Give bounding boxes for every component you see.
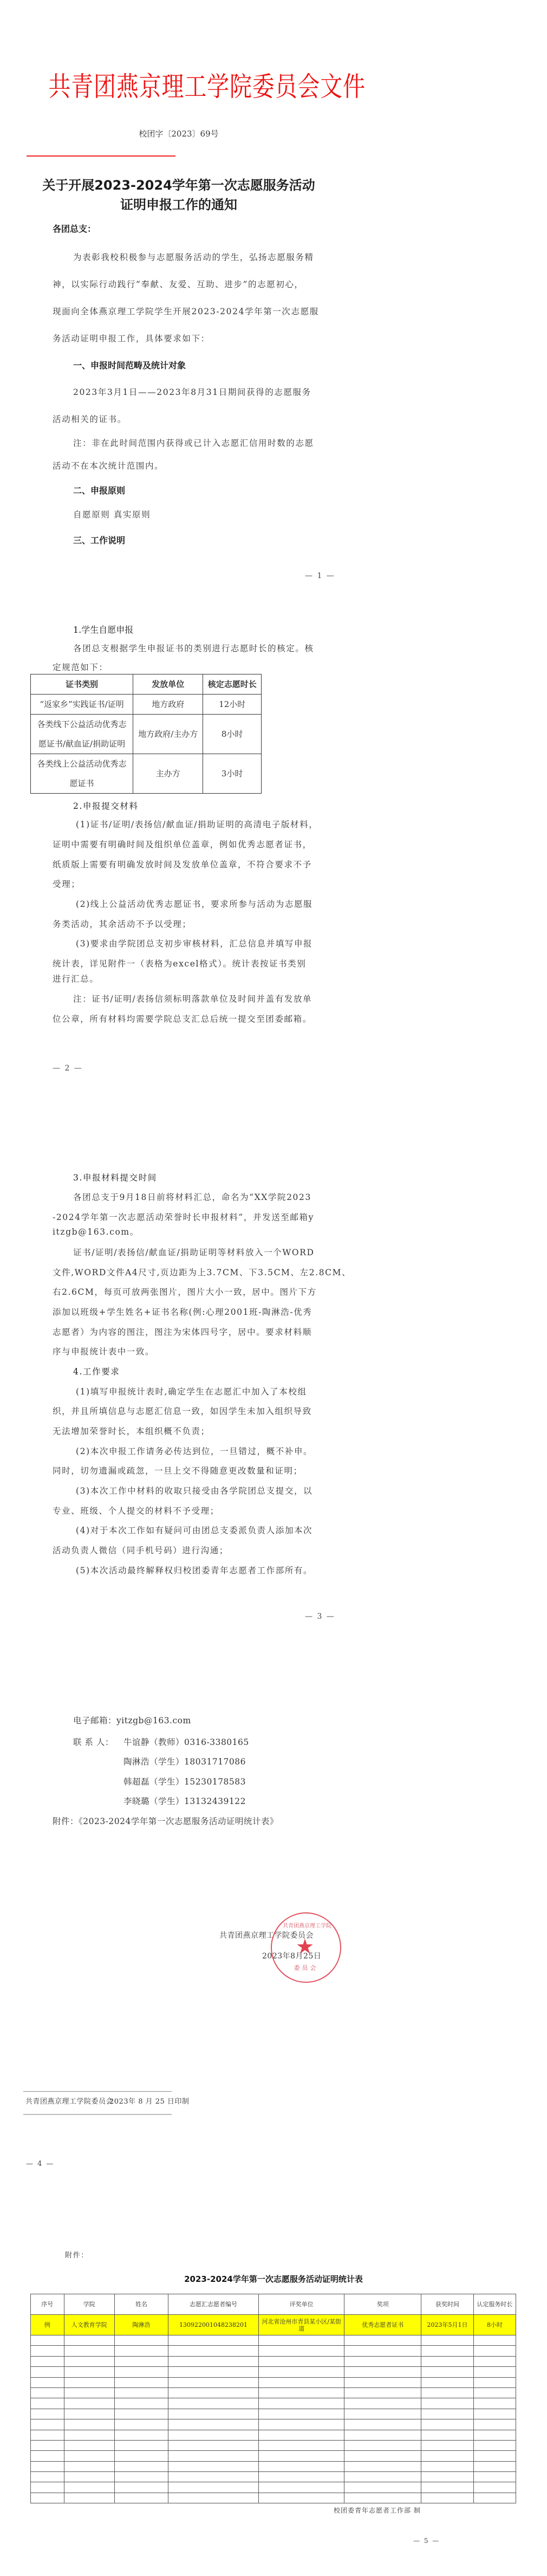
seal-ring-text: 共青团燕京理工学院 [279, 1921, 335, 1929]
empty-cell[interactable] [64, 2451, 114, 2461]
empty-cell[interactable] [473, 2335, 516, 2346]
empty-cell[interactable] [421, 2493, 474, 2503]
empty-cell[interactable] [115, 2335, 168, 2346]
email-address[interactable]: yitzgb@163.com [116, 1716, 191, 1725]
sub1-heading: 1.学生自愿申报 [73, 623, 133, 635]
table-row [31, 2398, 516, 2409]
empty-cell[interactable] [64, 2335, 114, 2346]
official-seal: 共青团燕京理工学院 ★ 委员会 [271, 1912, 341, 1983]
empty-cell[interactable] [31, 2440, 64, 2450]
cell-category-line: 各类线上公益活动优秀志 [33, 754, 131, 774]
table-row [31, 2451, 516, 2461]
empty-cell[interactable] [64, 2493, 114, 2503]
sub3-line: itzgb@163.com。 [53, 1225, 139, 1237]
empty-cell[interactable] [473, 2493, 516, 2503]
table-header-row: 序号 学院 姓名 志愿汇志愿者编号 评奖单位 奖项 获奖时间 认定服务时长 [31, 2294, 516, 2315]
empty-cell[interactable] [115, 2377, 168, 2387]
contact-item: 牛谊静（教师）0316-3380165 [123, 1736, 249, 1748]
seal-bottom-text: 委员会 [272, 1963, 340, 1972]
empty-cell[interactable] [473, 2409, 516, 2419]
sub4-item3-line: (3)本次工作中材料的收取只接受由各学院团总支提交，以 [76, 1484, 312, 1496]
empty-cell[interactable] [168, 2377, 258, 2387]
header-service-hours: 认定服务时长 [473, 2294, 516, 2315]
empty-cell[interactable] [421, 2346, 474, 2356]
sub2-item2-line: 务类活动，其余活动不予以受理； [53, 918, 192, 930]
sub3-format-line: 序与申报统计表中一致。 [53, 1345, 154, 1357]
empty-cell[interactable] [344, 2482, 421, 2493]
table-row [31, 2387, 516, 2398]
empty-cell[interactable] [31, 2377, 64, 2387]
header-award: 奖项 [344, 2294, 421, 2315]
empty-cell[interactable] [168, 2387, 258, 2398]
sub2-item3-line: 进行汇总。 [53, 972, 99, 984]
cell-category-line: 愿证书 [33, 774, 131, 793]
sub4-item1-line: 织，并且所填信息与志愿汇信息一致，如因学生未加入组织导致 [53, 1405, 312, 1417]
empty-cell[interactable] [259, 2472, 344, 2482]
empty-cell[interactable] [344, 2409, 421, 2419]
footer-divider-bottom [23, 2114, 172, 2115]
contact-phone: 0316-3380165 [184, 1737, 249, 1747]
document-header-title: 共青团燕京理工学院委员会文件 [48, 65, 341, 104]
table-header-row: 证书类别 发放单位 核定志愿时长 [31, 674, 262, 695]
star-icon: ★ [296, 1936, 314, 1957]
empty-cell[interactable] [31, 2346, 64, 2356]
empty-cell[interactable] [168, 2419, 258, 2430]
cell-issuer: 地方政府 [133, 695, 203, 715]
contact-role: （学生） [149, 1796, 184, 1806]
empty-cell[interactable] [168, 2356, 258, 2366]
empty-cell[interactable] [115, 2367, 168, 2377]
empty-cell[interactable] [259, 2419, 344, 2430]
contact-phone: 13132439122 [184, 1796, 246, 1806]
empty-cell[interactable] [344, 2367, 421, 2377]
volunteer-stats-table: 序号 学院 姓名 志愿汇志愿者编号 评奖单位 奖项 获奖时间 认定服务时长 例 … [30, 2294, 516, 2503]
page-number-2: — 2 — [53, 1064, 83, 1073]
salutation: 各团总支： [53, 222, 96, 235]
cell-award: 优秀志愿者证书 [344, 2315, 421, 2335]
empty-cell[interactable] [259, 2430, 344, 2440]
empty-cell[interactable] [344, 2387, 421, 2398]
table-row: “返家乡”实践证书/证明 地方政府 12小时 [31, 695, 262, 715]
contact-phone: 15230178583 [184, 1777, 246, 1787]
empty-cell[interactable] [115, 2430, 168, 2440]
empty-cell[interactable] [344, 2377, 421, 2387]
contact-role: （学生） [149, 1757, 184, 1767]
table-row [31, 2356, 516, 2366]
sub3-line: -2024学年第一次志愿活动荣誉时长申报材料”，并发送至邮箱y [53, 1211, 314, 1223]
header-volunteer-id: 志愿汇志愿者编号 [168, 2294, 258, 2315]
contact-item: 陶淋浩（学生）18031717086 [123, 1755, 246, 1767]
table-row [31, 2377, 516, 2387]
section1-line: 活动相关的证书。 [53, 413, 127, 425]
empty-cell[interactable] [421, 2482, 474, 2493]
empty-cell[interactable] [168, 2430, 258, 2440]
sub4-item5: (5)本次活动最终解释权归校团委青年志愿者工作部所有。 [76, 1564, 312, 1576]
empty-cell[interactable] [31, 2419, 64, 2430]
cell-name: 陶淋浩 [115, 2315, 168, 2335]
cell-hours: 3小时 [203, 754, 262, 794]
empty-cell[interactable] [64, 2461, 114, 2471]
empty-cell[interactable] [421, 2398, 474, 2409]
contact-role: （学生） [149, 1777, 184, 1787]
empty-cell[interactable] [473, 2482, 516, 2493]
header-hours: 核定志愿时长 [203, 674, 262, 695]
sub4-item2-line: 同时，切勿遗漏或疏忽，一旦上交不得随意更改数量和证明； [53, 1464, 303, 1476]
empty-cell[interactable] [115, 2461, 168, 2471]
empty-cell[interactable] [64, 2356, 114, 2366]
document-number: 校团字〔2023〕69号 [0, 128, 357, 139]
empty-cell[interactable] [64, 2409, 114, 2419]
header-category: 证书类别 [31, 674, 133, 695]
empty-cell[interactable] [259, 2356, 344, 2366]
empty-cell[interactable] [115, 2346, 168, 2356]
contact-item: 李晓璐（学生）13132439122 [123, 1795, 246, 1807]
empty-cell[interactable] [473, 2430, 516, 2440]
footer-divider-top [23, 2091, 172, 2092]
table-maker: 校团委青年志愿者工作部 制 [334, 2506, 421, 2515]
header-issuer: 发放单位 [133, 674, 203, 695]
intro-line: 务活动证明申报工作，具体要求如下： [53, 332, 210, 344]
sub2-heading: 2.申报提交材料 [73, 800, 139, 812]
empty-cell[interactable] [473, 2346, 516, 2356]
cell-award-unit: 河北省沧州市青县某小区/某街道 [259, 2315, 344, 2335]
empty-cell[interactable] [473, 2472, 516, 2482]
table-row: 各类线上公益活动优秀志 愿证书 主办方 3小时 [31, 754, 262, 794]
empty-cell[interactable] [344, 2440, 421, 2450]
empty-cell[interactable] [31, 2398, 64, 2409]
sub2-item2-line: (2)线上公益活动优秀志愿证书，要求所参与活动为志愿服 [76, 898, 312, 910]
empty-cell[interactable] [259, 2387, 344, 2398]
empty-cell[interactable] [64, 2377, 114, 2387]
empty-cell[interactable] [421, 2419, 474, 2430]
empty-cell[interactable] [31, 2472, 64, 2482]
empty-cell[interactable] [115, 2398, 168, 2409]
notice-title-line2: 证明申报工作的通知 [0, 194, 357, 213]
empty-cell[interactable] [344, 2461, 421, 2471]
empty-cell[interactable] [115, 2493, 168, 2503]
intro-line: 为表彰我校积极参与志愿服务活动的学生，弘扬志愿服务精 [73, 251, 314, 263]
empty-cell[interactable] [473, 2398, 516, 2409]
cell-issuer: 地方政府/主办方 [133, 715, 203, 754]
empty-cell[interactable] [344, 2430, 421, 2440]
cell-hours: 12小时 [203, 695, 262, 715]
attachment-line: 附件：《2023-2024学年第一次志愿服务活动证明统计表》 [53, 1815, 278, 1827]
sub2-item1-line: 证明中需要有明确时间及组织单位盖章，例如优秀志愿者证书， [53, 838, 312, 850]
empty-cell[interactable] [421, 2430, 474, 2440]
empty-cell[interactable] [344, 2419, 421, 2430]
empty-cell[interactable] [259, 2398, 344, 2409]
section1-line: 2023年3月1日——2023年8月31日期间获得的志愿服务 [73, 386, 311, 398]
empty-cell[interactable] [115, 2440, 168, 2450]
header-index: 序号 [31, 2294, 64, 2315]
sub4-item4-line: (4)对于本次工作如有疑问可由团总支委派负责人添加本次 [76, 1524, 312, 1536]
empty-cell[interactable] [168, 2472, 258, 2482]
empty-cell[interactable] [421, 2472, 474, 2482]
cell-college: 人文教育学院 [64, 2315, 114, 2335]
section3-heading: 三、工作说明 [73, 534, 125, 546]
cell-category: “返家乡”实践证书/证明 [31, 695, 133, 715]
empty-cell[interactable] [64, 2387, 114, 2398]
intro-line: 神，以实际行动践行“奉献、友爱、互助、进步”的志愿初心， [53, 278, 304, 290]
section1-note-line: 活动不在本次统计范围内。 [53, 459, 164, 471]
cell-category-line: 愿证书/献血证/捐助证明 [33, 734, 131, 754]
footer-print-date: 2023年 8 月 25 日印制 [109, 2095, 189, 2106]
empty-cell[interactable] [344, 2493, 421, 2503]
cell-volunteer-id: 130922001048238201 [168, 2315, 258, 2335]
empty-cell[interactable] [344, 2451, 421, 2461]
sub4-item4-line: 活动负责人微信（同手机号码）进行沟通； [53, 1544, 229, 1556]
sub2-item1-line: 纸质版上需要有明确发放时间及发放单位盖章，不符合要求不予 [53, 858, 312, 870]
empty-cell[interactable] [115, 2419, 168, 2430]
cell-category: 各类线上公益活动优秀志 愿证书 [31, 754, 133, 794]
empty-cell[interactable] [64, 2419, 114, 2430]
header-award-date: 获奖时间 [421, 2294, 474, 2315]
empty-cell[interactable] [421, 2451, 474, 2461]
sub2-note-line: 位公章，所有材料均需要学院总支汇总后统一提交至团委邮箱。 [53, 1013, 312, 1024]
page-number-5: — 5 — [413, 2537, 440, 2545]
contact-name: 陶淋浩 [123, 1757, 149, 1767]
sub3-format-line: 添加以班级+学生姓名+证书名称(例:心理2001班-陶淋浩-优秀 [53, 1306, 312, 1318]
notice-title-line1: 关于开展2023-2024学年第一次志愿服务活动 [0, 174, 357, 193]
empty-cell[interactable] [421, 2367, 474, 2377]
empty-cell[interactable] [64, 2440, 114, 2450]
page-number-4: — 4 — [26, 2160, 55, 2168]
sub3-format-line: 志愿者）为内容的图注，图注为宋体四号字，居中。要求材料顺 [53, 1326, 312, 1338]
empty-cell[interactable] [64, 2482, 114, 2493]
empty-cell[interactable] [168, 2346, 258, 2356]
contact-role: （教师） [149, 1737, 184, 1747]
empty-cell[interactable] [31, 2482, 64, 2493]
table-row [31, 2461, 516, 2471]
sub4-heading: 4.工作要求 [73, 1365, 120, 1377]
empty-cell[interactable] [31, 2356, 64, 2366]
empty-cell[interactable] [31, 2409, 64, 2419]
cell-service-hours: 8小时 [473, 2315, 516, 2335]
empty-cell[interactable] [421, 2356, 474, 2366]
empty-cell[interactable] [115, 2482, 168, 2493]
empty-cell[interactable] [115, 2356, 168, 2366]
intro-line: 现面向全体燕京理工学院学生开展2023-2024学年第一次志愿服 [53, 305, 319, 317]
email-label: 电子邮箱： [73, 1716, 116, 1725]
empty-cell[interactable] [115, 2387, 168, 2398]
sub2-item1-line: (1)证书/证明/表扬信/献血证/捐助证明的高清电子版材料， [76, 818, 318, 830]
attachment-label: 附件： [65, 2249, 89, 2260]
sub4-item2-line: (2)本次申报工作请务必传达到位，一旦错过，概不补申。 [76, 1445, 312, 1457]
empty-cell[interactable] [473, 2440, 516, 2450]
table-row [31, 2367, 516, 2377]
empty-cell[interactable] [64, 2430, 114, 2440]
empty-cell[interactable] [115, 2409, 168, 2419]
empty-cell[interactable] [31, 2451, 64, 2461]
sub4-item1-line: 无法增加荣誉时长，本组织概不负责； [53, 1425, 210, 1437]
table-row [31, 2419, 516, 2430]
empty-cell[interactable] [64, 2472, 114, 2482]
empty-cell[interactable] [64, 2398, 114, 2409]
empty-cell[interactable] [168, 2493, 258, 2503]
empty-cell[interactable] [473, 2356, 516, 2366]
header-name: 姓名 [115, 2294, 168, 2315]
contact-item: 韩超磊（学生）15230178583 [123, 1775, 246, 1787]
empty-cell[interactable] [473, 2387, 516, 2398]
empty-cell[interactable] [31, 2387, 64, 2398]
section2-text: 自愿原则 真实原则 [73, 508, 151, 520]
empty-cell[interactable] [473, 2461, 516, 2471]
table-row [31, 2409, 516, 2419]
cell-hours: 8小时 [203, 715, 262, 754]
empty-cell[interactable] [168, 2451, 258, 2461]
sub2-item3-line: (3)要求由学院团总支初步审核材料，汇总信息并填写申报 [76, 937, 312, 949]
sub3-heading: 3.申报材料提交时间 [73, 1171, 157, 1183]
contact-phone: 18031717086 [184, 1757, 246, 1767]
empty-cell[interactable] [344, 2335, 421, 2346]
contact-label: 联 系 人： [73, 1736, 114, 1748]
empty-cell[interactable] [64, 2346, 114, 2356]
email-line: 电子邮箱：yitzgb@163.com [73, 1714, 191, 1726]
table-row [31, 2346, 516, 2356]
empty-cell[interactable] [259, 2367, 344, 2377]
empty-cell[interactable] [168, 2461, 258, 2471]
sub2-note-line: 注：证书/证明/表扬信须标明落款单位及时间并盖有发放单 [73, 992, 312, 1004]
empty-cell[interactable] [31, 2335, 64, 2346]
empty-cell[interactable] [473, 2377, 516, 2387]
sub3-format-line: 文件,WORD文件A4尺寸,页边距为上3.7CM、下3.5CM、左2.8CM、 [53, 1266, 351, 1278]
page-number-1: — 1 — [305, 572, 335, 580]
sub1-line: 各团总支根据学生申报证书的类别进行志愿时长的核定。核 [73, 642, 314, 654]
empty-cell[interactable] [31, 2430, 64, 2440]
section1-note-line: 注：非在此时间范围内获得或已计入志愿汇信用时数的志愿 [73, 437, 314, 449]
empty-cell[interactable] [168, 2409, 258, 2419]
sub4-item3-line: 专业、班级、个人提交的材料不予受理； [53, 1504, 219, 1516]
table-row [31, 2440, 516, 2450]
sub3-format-line: 右2.6CM，每页可放两张图片，图片大小一致，居中。图片下方 [53, 1286, 317, 1297]
empty-cell[interactable] [259, 2493, 344, 2503]
empty-cell[interactable] [421, 2377, 474, 2387]
sub2-item3-line: 统计表，详见附件一（表格为excel格式）。统计表按证书类别 [53, 957, 306, 969]
empty-cell[interactable] [168, 2367, 258, 2377]
empty-cell[interactable] [31, 2461, 64, 2471]
empty-cell[interactable] [344, 2346, 421, 2356]
sub1-line: 定规范如下： [53, 661, 108, 673]
empty-cell[interactable] [259, 2409, 344, 2419]
header-award-unit: 评奖单位 [259, 2294, 344, 2315]
contact-name: 韩超磊 [123, 1777, 149, 1787]
empty-cell[interactable] [421, 2461, 474, 2471]
empty-cell[interactable] [259, 2346, 344, 2356]
empty-cell[interactable] [168, 2398, 258, 2409]
table-row [31, 2493, 516, 2503]
table-row: 各类线下公益活动优秀志 愿证书/献血证/捐助证明 地方政府/主办方 8小时 [31, 715, 262, 754]
empty-cell[interactable] [473, 2367, 516, 2377]
table-row [31, 2335, 516, 2346]
contact-name: 李晓璐 [123, 1796, 149, 1806]
empty-cell[interactable] [168, 2482, 258, 2493]
table-row [31, 2430, 516, 2440]
empty-cell[interactable] [31, 2493, 64, 2503]
contact-name: 牛谊静 [123, 1737, 149, 1747]
empty-cell[interactable] [259, 2461, 344, 2471]
empty-cell[interactable] [64, 2367, 114, 2377]
empty-cell[interactable] [259, 2482, 344, 2493]
empty-cell[interactable] [259, 2335, 344, 2346]
empty-cell[interactable] [421, 2409, 474, 2419]
empty-cell[interactable] [31, 2367, 64, 2377]
sub2-item1-line: 受理； [53, 878, 80, 890]
empty-cell[interactable] [421, 2335, 474, 2346]
stats-table-title: 2023-2024学年第一次志愿服务活动证明统计表 [0, 2273, 547, 2285]
empty-cell[interactable] [344, 2398, 421, 2409]
empty-cell[interactable] [259, 2440, 344, 2450]
cell-category: 各类线下公益活动优秀志 愿证书/献血证/捐助证明 [31, 715, 133, 754]
table-row [31, 2482, 516, 2493]
empty-cell[interactable] [421, 2440, 474, 2450]
empty-cell[interactable] [473, 2419, 516, 2430]
empty-cell[interactable] [421, 2387, 474, 2398]
red-divider [27, 155, 175, 157]
page-number-3: — 3 — [305, 1612, 335, 1621]
empty-cell[interactable] [259, 2451, 344, 2461]
header-college: 学院 [64, 2294, 114, 2315]
section1-heading: 一、申报时间范畴及统计对象 [73, 359, 186, 371]
empty-cell[interactable] [115, 2472, 168, 2482]
sub4-item1-line: (1)填写申报统计表时,确定学生在志愿汇中加入了本校组 [76, 1385, 307, 1397]
certificate-rules-table: 证书类别 发放单位 核定志愿时长 “返家乡”实践证书/证明 地方政府 12小时 … [30, 674, 262, 794]
table-row [31, 2472, 516, 2482]
sub3-line: 各团总支于9月18日前将材料汇总，命名为“XX学院2023 [73, 1191, 311, 1203]
section2-heading: 二、申报原则 [73, 484, 125, 496]
footer-org: 共青团燕京理工学院委员会 [25, 2095, 113, 2106]
empty-cell[interactable] [168, 2440, 258, 2450]
cell-issuer: 主办方 [133, 754, 203, 794]
cell-index: 例 [31, 2315, 64, 2335]
example-row: 例 人文教育学院 陶淋浩 130922001048238201 河北省沧州市青县… [31, 2315, 516, 2335]
cell-award-date: 2023年5月1日 [421, 2315, 474, 2335]
empty-cell[interactable] [344, 2356, 421, 2366]
empty-cell[interactable] [115, 2451, 168, 2461]
cell-category-line: 各类线下公益活动优秀志 [33, 715, 131, 734]
empty-cell[interactable] [344, 2472, 421, 2482]
empty-cell[interactable] [473, 2451, 516, 2461]
sub3-format-line: 证书/证明/表扬信/献血证/捐助证明等材料放入一个WORD [73, 1246, 315, 1258]
empty-cell[interactable] [168, 2335, 258, 2346]
empty-cell[interactable] [259, 2377, 344, 2387]
